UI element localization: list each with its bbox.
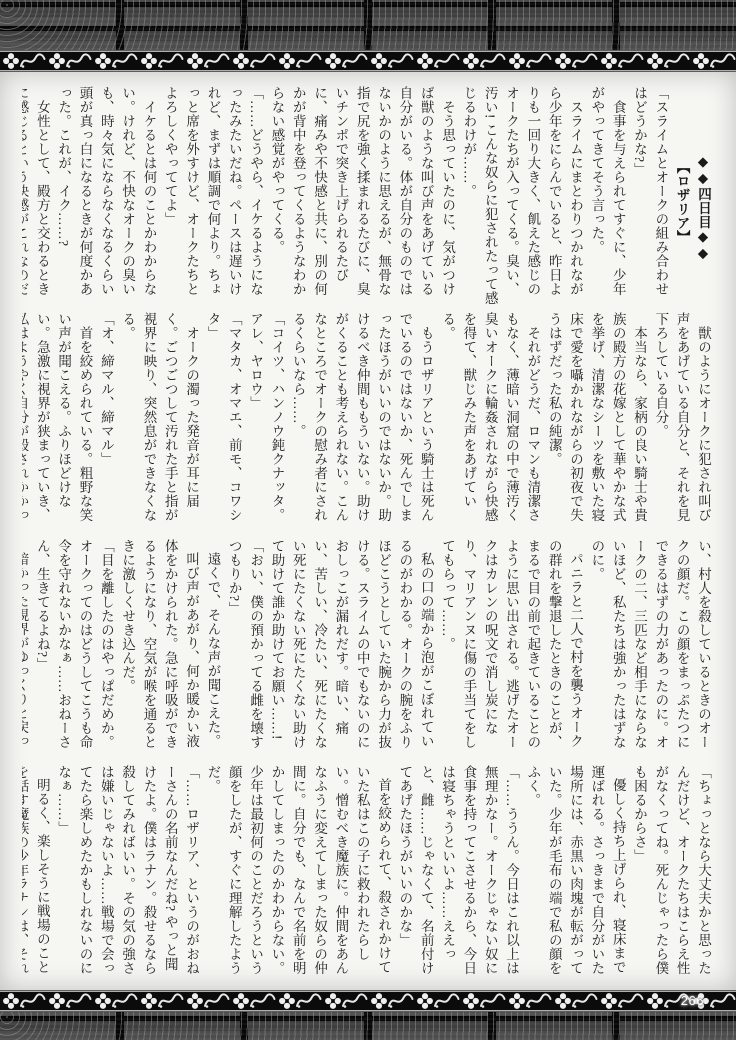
novel-paragraph: 「オ、締マル、締マル」 — [95, 312, 116, 531]
novel-paragraph: 「……ロザリア、というのがおねーさんの名前なんだね? やっと聞けたよ。僕はラナン… — [53, 765, 202, 984]
novel-paragraph: イケるとは何のことかわからない。けれど、不快なオークの臭いも、時々気にならなくな… — [53, 86, 160, 305]
novel-page: ◆◆四日目◆◆【ロザリア】「スライムとオークの組み合わせはどうかな?」食事を与え… — [0, 0, 736, 1040]
novel-paragraph: 「……ううん。今日はこれ以上は無理かなー。オークじゃない奴に食事を持ってこさせる… — [394, 765, 522, 984]
flower-chain-icon — [0, 990, 736, 1012]
page-body: ◆◆四日目◆◆【ロザリア】「スライムとオークの組み合わせはどうかな?」食事を与え… — [0, 72, 736, 990]
novel-paragraph: 「マタカ、オマエ、前モ、コワシタ」 — [202, 312, 245, 531]
novel-paragraph: 暗かった視界がゆっくりと戻ってくる。こちらをのぞき込んでいる、天使のような少年の… — [22, 539, 32, 758]
text-band-4: 「ちょっとなら大丈夫かと思ったんだけど、オークたちはこらえ性がなくってね。死んじ… — [22, 765, 714, 984]
text-band-1: ◆◆四日目◆◆【ロザリア】「スライムとオークの組み合わせはどうかな?」食事を与え… — [22, 86, 714, 305]
novel-paragraph: スライムにまとわりつかれながら少年をにらんでいると、昨日よりも一回り大きく、飢え… — [458, 86, 586, 305]
novel-paragraph: 本当なら、家柄の良い騎士や貴族の殿方の花嫁として華やかな式を挙げ、清潔なシーツを… — [543, 312, 650, 531]
novel-paragraph: 叫び声があがり、何か暖かい液体をかけられた。急に呼吸ができるようになり、空気が喉… — [117, 539, 202, 758]
novel-paragraph: 「コイツ、ハンノウ鈍クナッタ。アレ、ヤロウ」 — [245, 312, 288, 531]
novel-paragraph: 「目を離したのはやっぱだめか。オークってのはどうしてこうも命令を守れないかなぁ…… — [32, 539, 117, 758]
novel-paragraph: 優しく持ち上げられ、寝床まで運ばれる。さっきまで自分がいた場所には、赤黒い肉塊が… — [522, 765, 629, 984]
text-band-2: 獣のようにオークに犯され叫び声をあげている自分と、それを見下ろしている自分。本当… — [22, 312, 714, 531]
stone-brick-texture-bottom — [0, 1012, 736, 1040]
novel-paragraph: 「スライムとオークの組み合わせはどうかな?」 — [629, 86, 672, 305]
text-band-3: い、村人を殺しているときのオークの顔だ。この顔をまっぷたつにできるはずの力があっ… — [22, 539, 714, 758]
floral-border-bottom-ornament — [0, 990, 736, 1012]
floral-border-top-ornament — [0, 50, 736, 72]
chapter-heading: ◆◆四日目◆◆ — [693, 86, 714, 305]
novel-paragraph: パニラと二人で村を襲うオークの群れを撃退したときのことが、まるで目の前で起きてい… — [437, 539, 586, 758]
novel-paragraph: 獣のようにオークに犯され叫び声をあげている自分と、それを見下ろしている自分。 — [650, 312, 714, 531]
novel-paragraph: もうロザリアという騎士は死んでいるのではないか、死んでしまったほうがいいのではな… — [287, 312, 436, 531]
stone-brick-texture-top — [0, 0, 736, 50]
flower-chain-icon — [0, 50, 736, 72]
novel-paragraph: 私の口の端から泡がこぼれているのがわかる。オークの腕をふりほどこうとしていた腕か… — [266, 539, 437, 758]
novel-paragraph: い、村人を殺しているときのオークの顔だ。この顔をまっぷたつにできるはずの力があっ… — [586, 539, 714, 758]
novel-paragraph: 「……どうやら、イケるようになったみたいだね。ペースは遅いけれど、まずは順調で何… — [159, 86, 266, 305]
novel-paragraph: それがどうだ、ロマンも清潔さもなく、薄暗い洞窟の中で薄汚く臭いオークに輪姦されな… — [437, 312, 544, 531]
novel-paragraph: 「おい、僕の預かってる雌を壊すつもりか?」 — [223, 539, 266, 758]
page-number: 266 — [681, 993, 704, 1009]
novel-paragraph: 遠くで、そんな声が聞こえた。 — [202, 539, 223, 758]
chapter-heading: 【ロザリア】 — [671, 86, 692, 305]
novel-paragraph: 女性として、殿方と交わるときに感じるという快感がこれなのだと理解したときに、あま… — [22, 86, 53, 305]
novel-paragraph: そう思っていたのに、気がつけば獣のような叫び声をあげている自分がいる。体が自分の… — [266, 86, 458, 305]
novel-paragraph: 首を絞められている。粗野な笑い声が聞こえる。ふりほどけない。急激に視界が狭まって… — [22, 312, 95, 531]
novel-paragraph: 明るく、楽しそうに戦場のことを話す魔族の少年ラナンは、それだけ言うと急に興味をな… — [22, 765, 53, 984]
novel-paragraph: オークの濁った発音が耳に届く。ごつごつして汚れた手と指が視界に映り、突然息ができ… — [117, 312, 202, 531]
novel-paragraph: 「ちょっとなら大丈夫かと思ったんだけど、オークたちはこらえ性がなくってね。死んじ… — [629, 765, 714, 984]
novel-paragraph: 食事を与えられてすぐに、少年がやってきてそう言った。 — [586, 86, 629, 305]
novel-paragraph: 首を絞められて、殺されかけていた私はこの子に救われたらしい。憎むべき魔族に。仲間… — [202, 765, 394, 984]
